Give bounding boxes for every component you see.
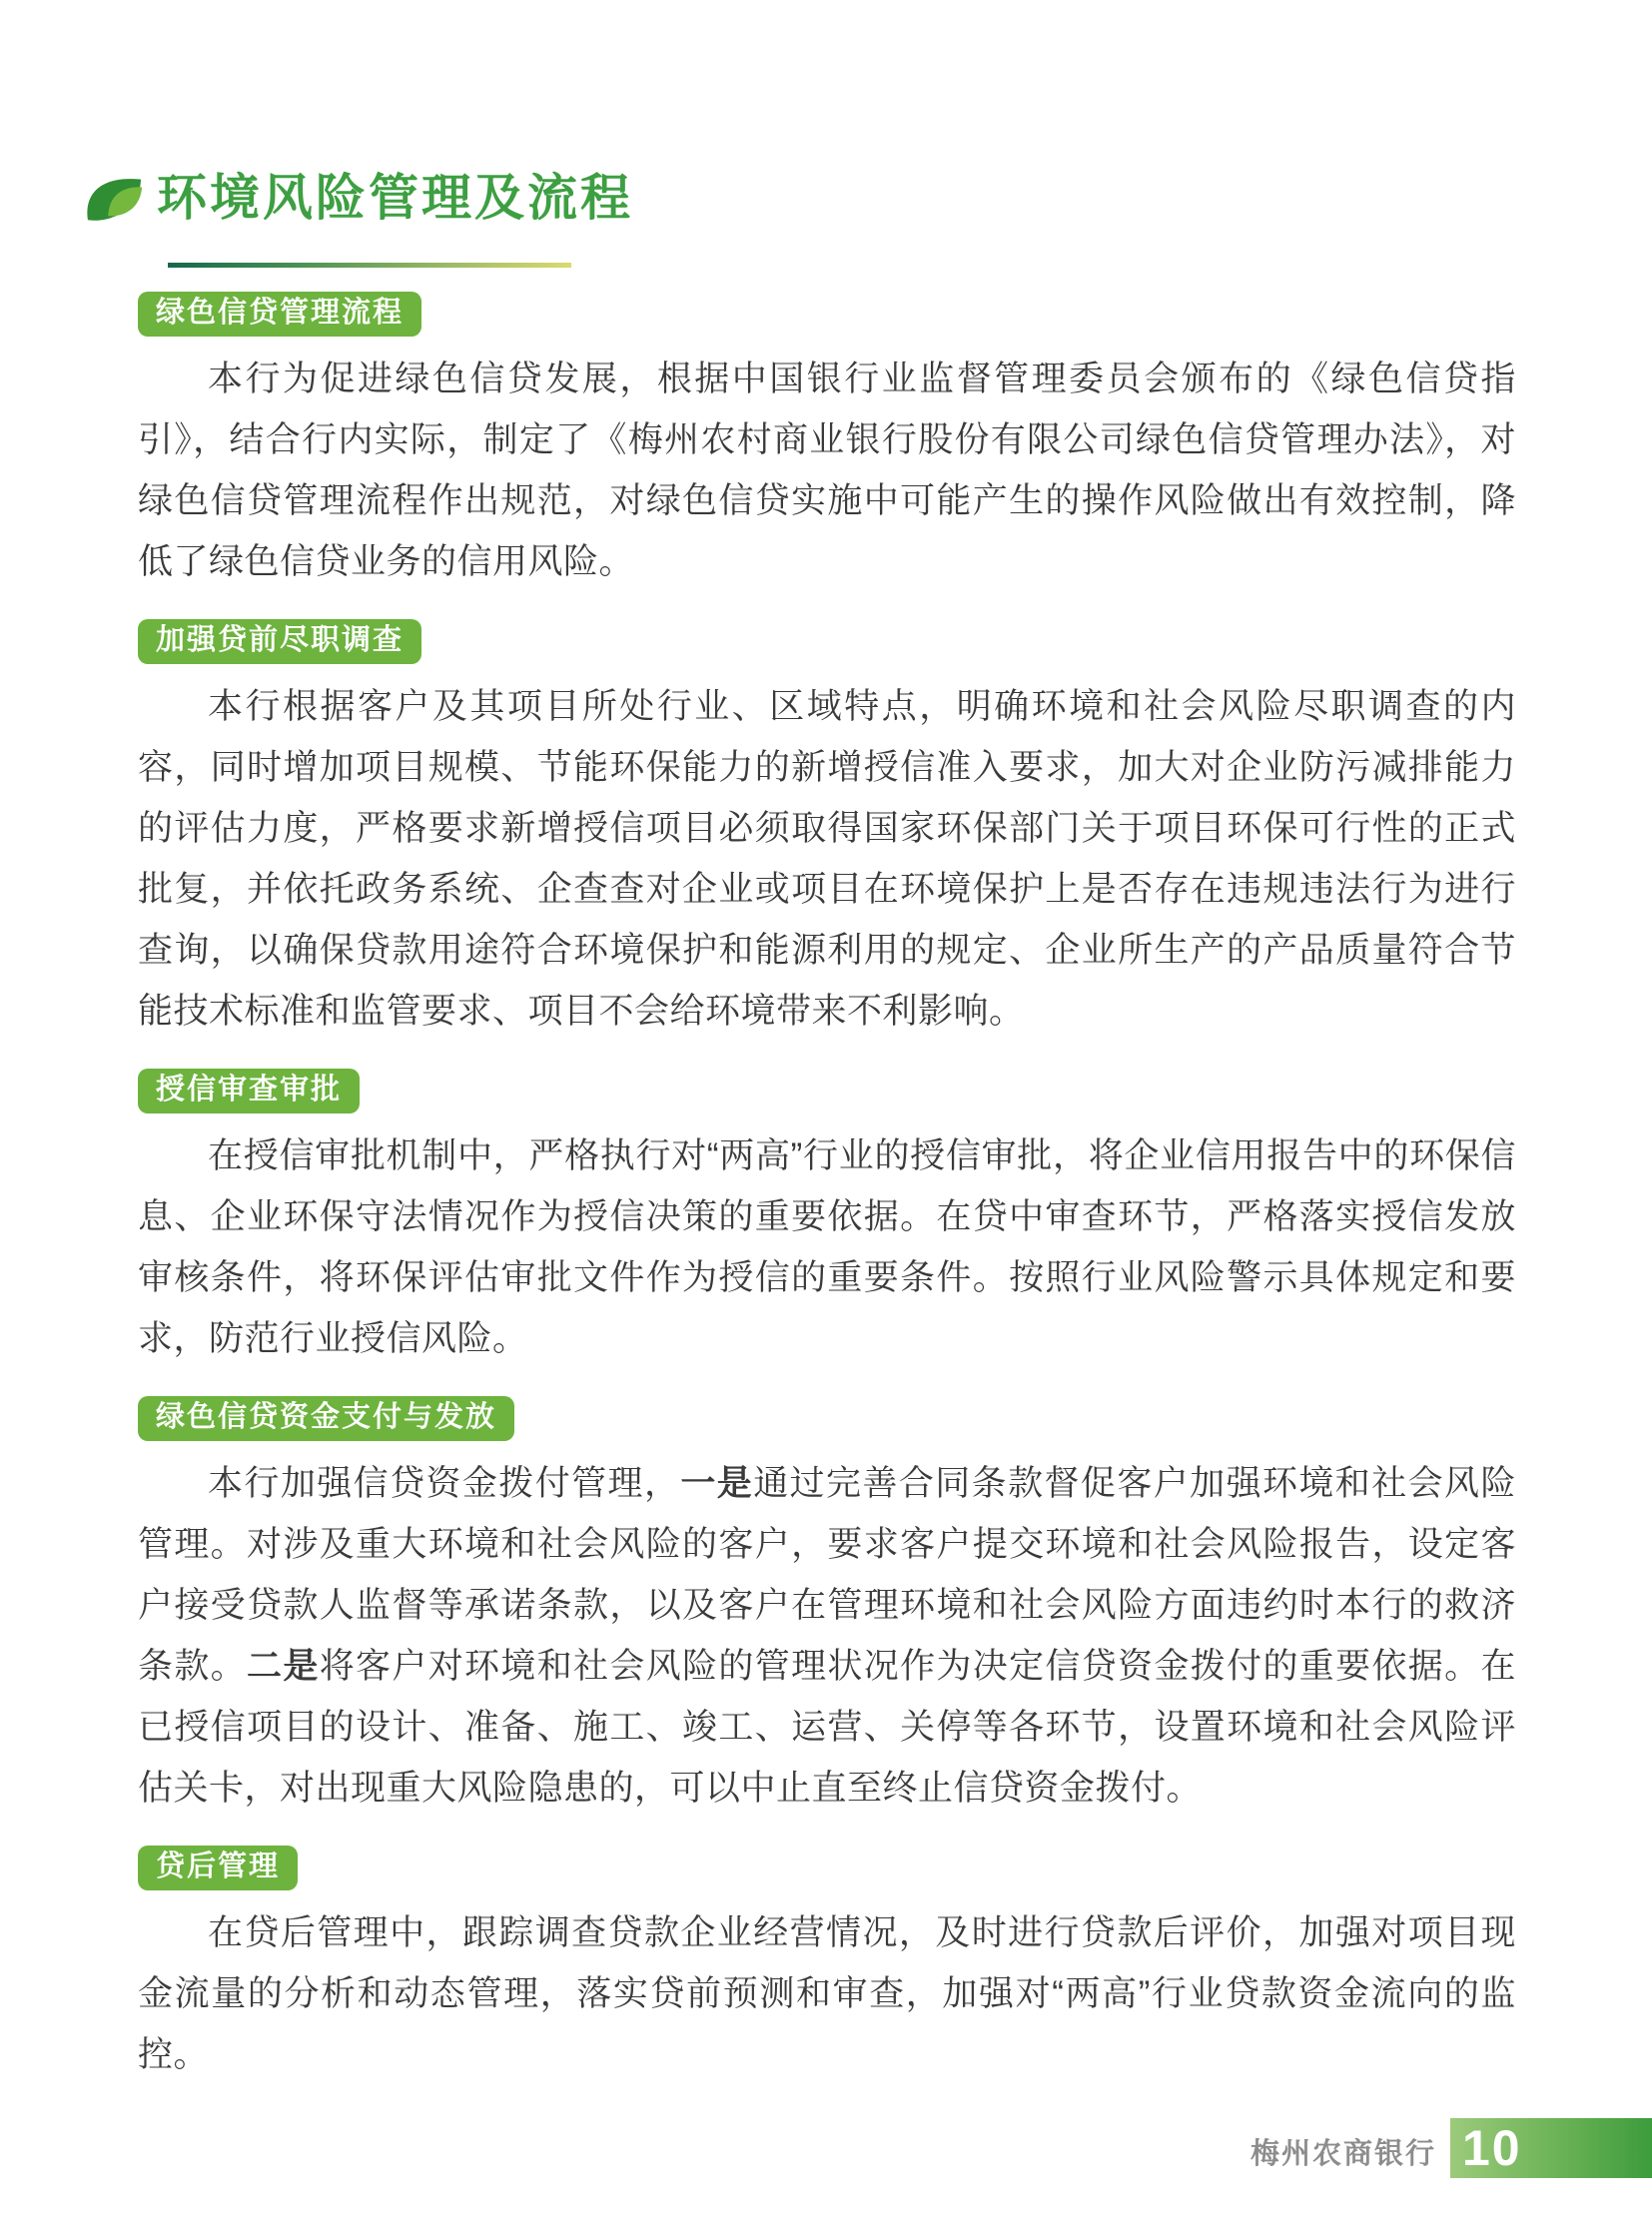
title-underline <box>168 263 571 268</box>
section-paragraph: 本行加强信贷资金拨付管理，一是通过完善合同条款督促客户加强环境和社会风险管理。对… <box>138 1453 1516 1819</box>
page-content: 绿色信贷管理流程 本行为促进绿色信贷发展，根据中国银行业监督管理委员会颁布的《绿… <box>138 292 1516 2112</box>
paragraph-part-bold: 二是 <box>247 1647 320 1686</box>
section-pre-loan-due-diligence: 加强贷前尽职调查 本行根据客户及其项目所处行业、区域特点，明确环境和社会风险尽职… <box>138 619 1516 1042</box>
leaf-icon <box>85 172 143 224</box>
paragraph-part: 本行加强信贷资金拨付管理， <box>208 1464 680 1503</box>
footer-bank-name: 梅州农商银行 <box>1250 2131 1436 2172</box>
page-title: 环境风险管理及流程 <box>157 173 633 223</box>
section-badge: 加强贷前尽职调查 <box>138 619 421 664</box>
paragraph-part-bold: 一是 <box>680 1464 753 1503</box>
paragraph-part: 将客户对环境和社会风险的管理状况作为决定信贷资金拨付的重要依据。在已授信项目的设… <box>138 1647 1516 1808</box>
section-credit-review-approval: 授信审查审批 在授信审批机制中，严格执行对“两高”行业的授信审批，将企业信用报告… <box>138 1069 1516 1369</box>
section-badge: 授信审查审批 <box>138 1069 360 1113</box>
section-paragraph: 在授信审批机制中，严格执行对“两高”行业的授信审批，将企业信用报告中的环保信息、… <box>138 1125 1516 1369</box>
section-badge: 绿色信贷资金支付与发放 <box>138 1396 514 1441</box>
page-number-bar: 10 <box>1450 2118 1652 2178</box>
page-number: 10 <box>1450 2123 1522 2173</box>
section-paragraph: 在贷后管理中，跟踪调查贷款企业经营情况，及时进行贷款后评价，加强对项目现金流量的… <box>138 1902 1516 2085</box>
section-paragraph: 本行为促进绿色信贷发展，根据中国银行业监督管理委员会颁布的《绿色信贷指引》，结合… <box>138 349 1516 592</box>
section-funds-payment-disbursement: 绿色信贷资金支付与发放 本行加强信贷资金拨付管理，一是通过完善合同条款督促客户加… <box>138 1396 1516 1819</box>
section-paragraph: 本行根据客户及其项目所处行业、区域特点，明确环境和社会风险尽职调查的内容，同时增… <box>138 676 1516 1042</box>
section-post-loan-management: 贷后管理 在贷后管理中，跟踪调查贷款企业经营情况，及时进行贷款后评价，加强对项目… <box>138 1846 1516 2085</box>
document-page: 环境风险管理及流程 绿色信贷管理流程 本行为促进绿色信贷发展，根据中国银行业监督… <box>0 0 1652 2226</box>
section-green-credit-process: 绿色信贷管理流程 本行为促进绿色信贷发展，根据中国银行业监督管理委员会颁布的《绿… <box>138 292 1516 592</box>
section-badge: 贷后管理 <box>138 1846 298 1890</box>
page-header: 环境风险管理及流程 <box>85 172 633 224</box>
section-badge: 绿色信贷管理流程 <box>138 292 421 337</box>
